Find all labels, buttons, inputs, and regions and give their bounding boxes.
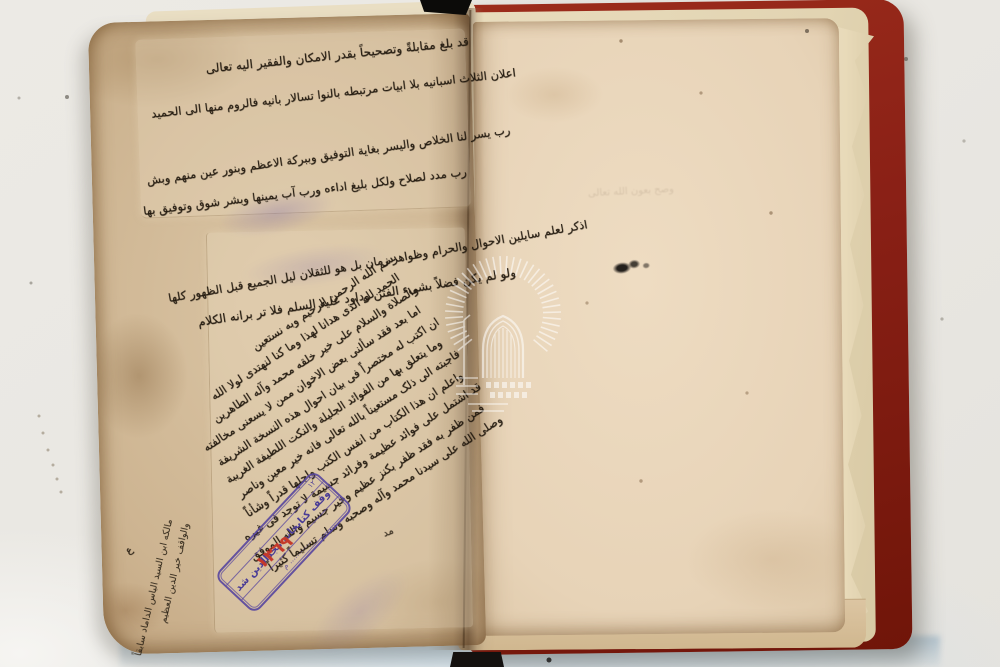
library-logo-watermark (428, 250, 578, 420)
book-support (450, 652, 504, 667)
manuscript-photo: قد بلغ مقابلةً وتصحیحاً بقدر الامکان وال… (0, 0, 1000, 667)
page-specks (0, 0, 2, 2)
